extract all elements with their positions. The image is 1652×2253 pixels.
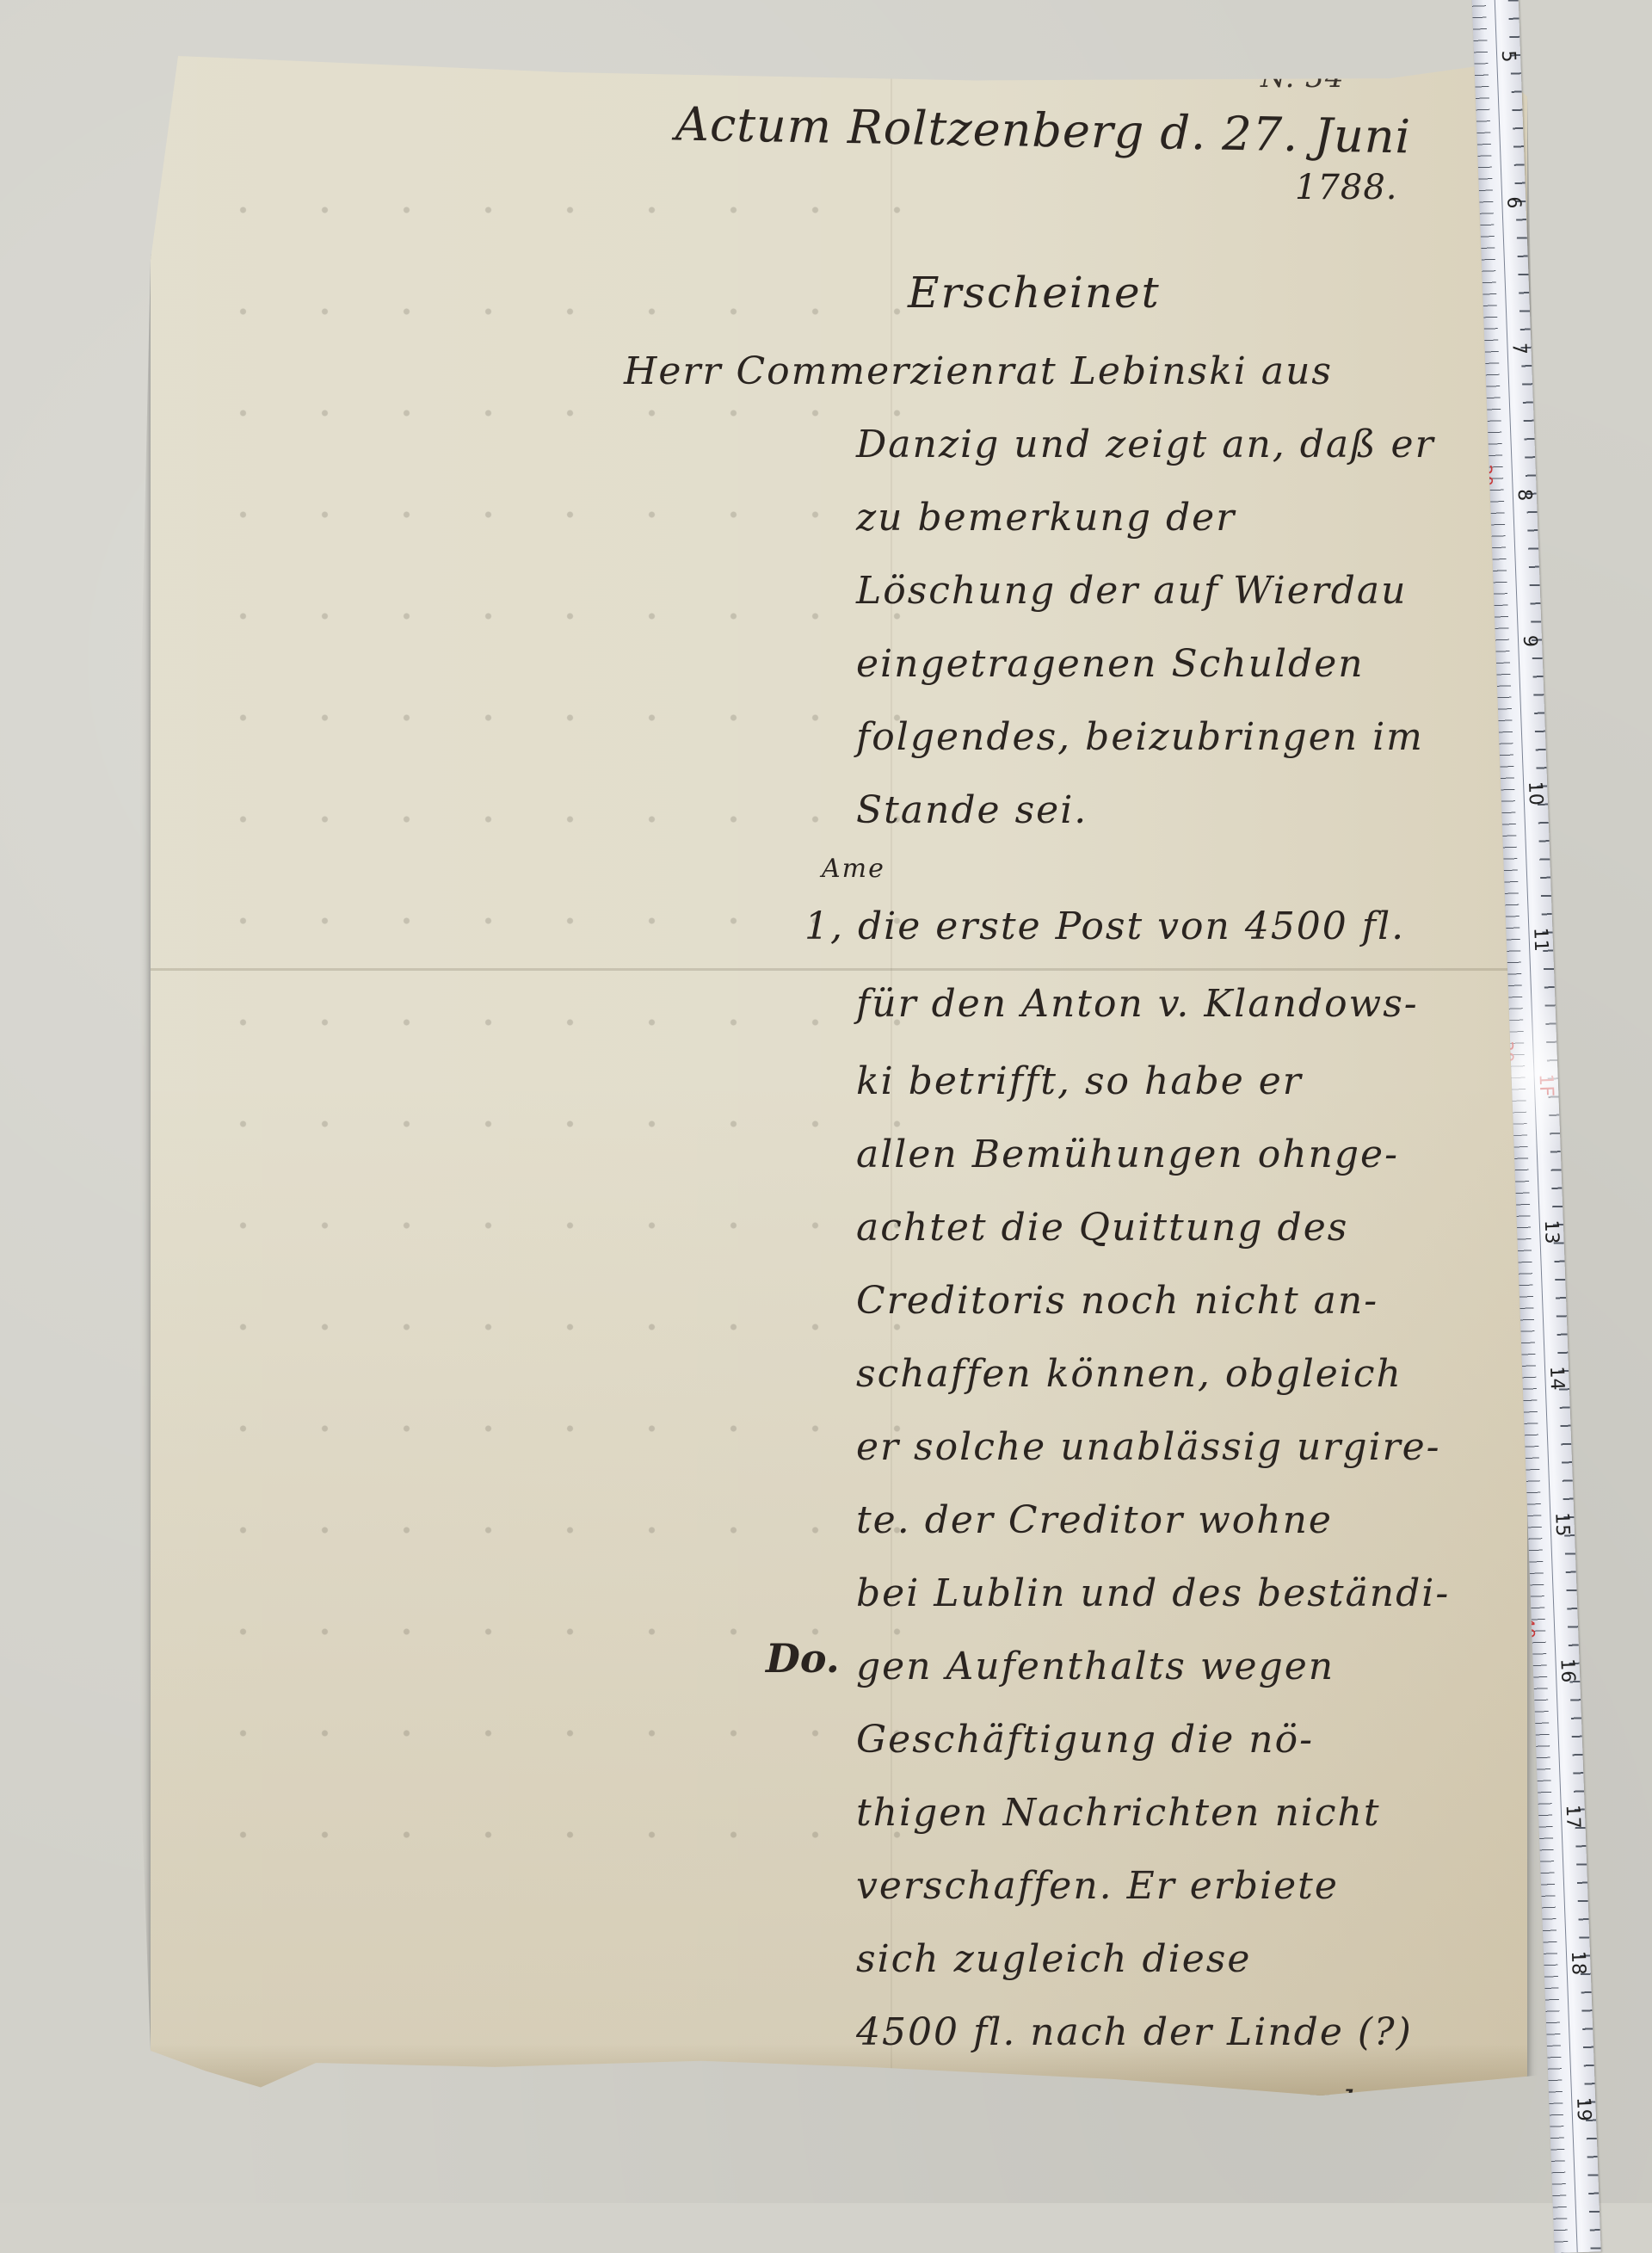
light-glare xyxy=(1508,987,1561,1161)
body-line: zu bemerkung der xyxy=(856,499,1236,537)
body-line: Ame xyxy=(822,856,885,882)
body-line: thigen Nachrichten nicht xyxy=(856,1794,1381,1832)
table-surface: N. 34 Actum Roltzenberg d. 27. Juni 1788… xyxy=(0,0,1652,2203)
body-line: 4500 fl. nach der Linde (?) xyxy=(856,2014,1413,2052)
inch-label: 7 xyxy=(1507,343,1529,355)
body-line: 1, die erste Post von 4500 fl. xyxy=(804,908,1405,946)
body-line: achtet die Quittung des xyxy=(856,1209,1348,1247)
body-line: schaffen können, obgleich xyxy=(856,1355,1402,1393)
body-line: ki betrifft, so habe er xyxy=(856,1063,1303,1101)
body-line: allen Bemühungen ohnge- xyxy=(856,1136,1399,1174)
inch-label: 6 xyxy=(1502,196,1524,209)
inch-label: 11 xyxy=(1529,927,1551,952)
inch-label: 19 xyxy=(1572,2096,1594,2121)
body-line: eingetragenen Schulden xyxy=(856,645,1365,683)
inch-label: 14 xyxy=(1545,1366,1568,1391)
body-line: Herr Commerzienrat Lebinski aus xyxy=(624,353,1333,391)
document-heading: Actum Roltzenberg d. 27. Juni xyxy=(675,97,1412,164)
document-year: 1788. xyxy=(1295,168,1398,207)
body-line: und xyxy=(1338,2190,1400,2203)
inch-label: 5 xyxy=(1497,50,1519,63)
body-line: verschaffen. Er erbiete xyxy=(856,1867,1339,1905)
body-line: Erscheinet xyxy=(908,271,1161,314)
body-line: Praetium (?) stehen zu lassen xyxy=(856,2087,1473,2125)
body-line: bei Lublin und des beständi- xyxy=(856,1575,1450,1613)
body-line: Geschäftigung die nö- xyxy=(856,1721,1314,1759)
body-line: te. der Creditor wohne xyxy=(856,1502,1333,1540)
body-line: für den Anton v. Klandows- xyxy=(856,985,1419,1023)
body-line: folgendes, beizubringen im xyxy=(856,719,1424,756)
body-line: sich zugleich diese xyxy=(856,1941,1251,1978)
page-number: N. 34 xyxy=(1261,60,1344,95)
body-line: er solche unablässig urgire- xyxy=(856,1429,1441,1466)
manuscript-sheet: N. 34 Actum Roltzenberg d. 27. Juni 1788… xyxy=(151,56,1527,2096)
inch-label: 15 xyxy=(1550,1512,1573,1537)
inch-label: 18 xyxy=(1567,1951,1589,1976)
inch-label: 17 xyxy=(1562,1805,1584,1830)
inch-label: 13 xyxy=(1540,1219,1563,1244)
body-line: gen Aufenthalts wegen xyxy=(856,1648,1335,1686)
ink-bleed-through xyxy=(202,159,908,1880)
body-line: Löschung der auf Wierdau xyxy=(856,572,1408,610)
inch-label: 10 xyxy=(1524,781,1546,806)
inch-label: 9 xyxy=(1519,635,1540,648)
inch-label: 8 xyxy=(1513,489,1535,502)
body-line: Stande sei. xyxy=(856,792,1088,830)
inch-label: 16 xyxy=(1556,1658,1578,1683)
body-line: Creditoris noch nicht an- xyxy=(856,1282,1378,1320)
horizontal-fold xyxy=(151,968,1527,971)
body-line: Danzig und zeigt an, daß er xyxy=(856,426,1435,464)
margin-note: Do. xyxy=(766,1635,840,1682)
